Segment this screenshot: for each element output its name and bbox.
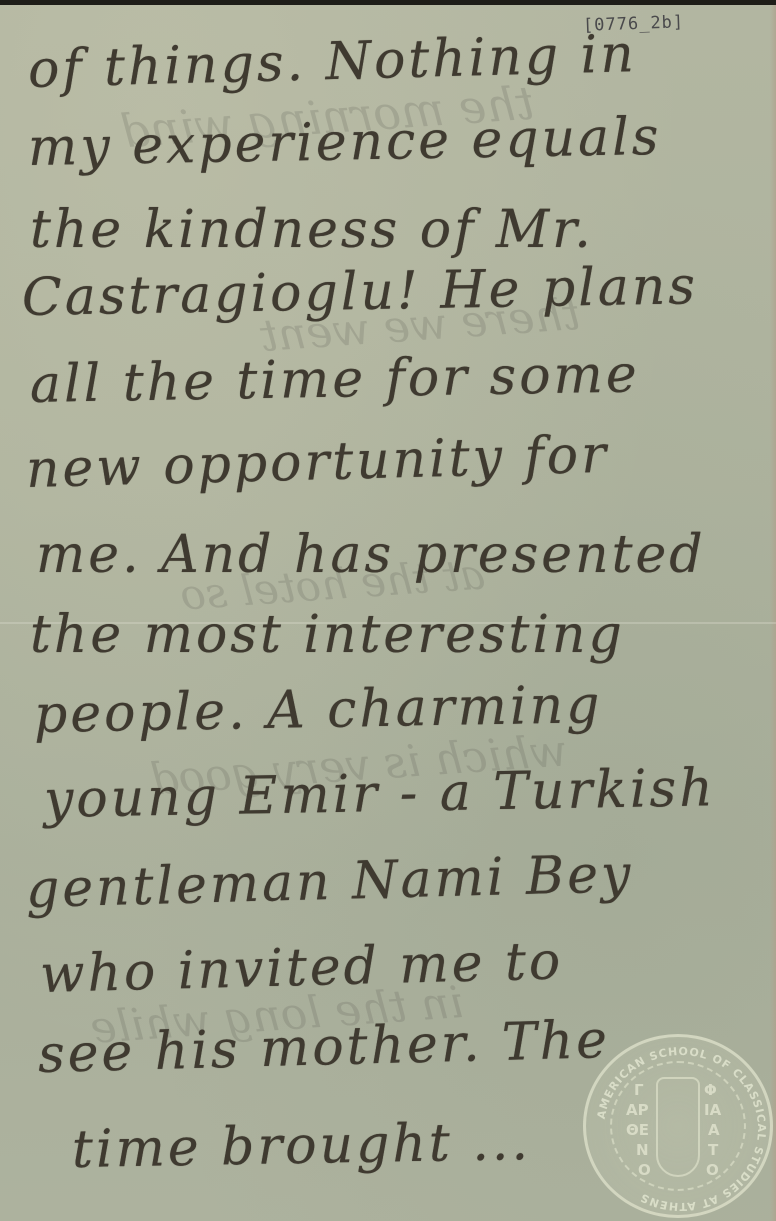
seal-letter: ΙΑ	[704, 1101, 721, 1119]
seal-letter: Ο	[638, 1161, 651, 1179]
text-line: the kindness of Mr.	[30, 200, 594, 260]
text-line: Castragioglu! He plans	[21, 256, 698, 328]
text-line: of things. Nothing in	[27, 24, 637, 100]
text-line: me. And has presented	[36, 525, 706, 585]
seal-letter: Φ	[704, 1081, 717, 1099]
seal-letter: ΑΡ	[626, 1101, 649, 1119]
seal-letter: Α	[708, 1121, 720, 1139]
text-line: new opportunity for	[25, 425, 609, 500]
text-line: see his mother. The	[37, 1010, 610, 1085]
seal-shield-emblem	[656, 1077, 700, 1177]
seal-letter: Γ	[634, 1081, 644, 1099]
text-line: gentleman Nami Bey	[25, 844, 634, 920]
text-line: the most interesting	[30, 605, 625, 665]
text-line: who invited me to	[39, 931, 564, 1005]
text-line: time brought ...	[71, 1112, 531, 1180]
text-line: all the time for some	[29, 344, 640, 415]
seal-letter: Τ	[708, 1141, 718, 1159]
text-line: young Emir - a Turkish	[43, 758, 716, 830]
letter-page: the morning wind there we went at the ho…	[0, 0, 776, 1221]
seal-letter: Ο	[706, 1161, 719, 1179]
seal-letter: Ν	[636, 1141, 649, 1159]
embossed-seal-stamp: AMERICAN SCHOOL OF CLASSICAL STUDIES AT …	[583, 1034, 773, 1218]
text-line: my experience equals	[27, 107, 661, 178]
seal-letter: ΘΕ	[626, 1121, 649, 1139]
text-line: people. A charming	[33, 675, 602, 745]
